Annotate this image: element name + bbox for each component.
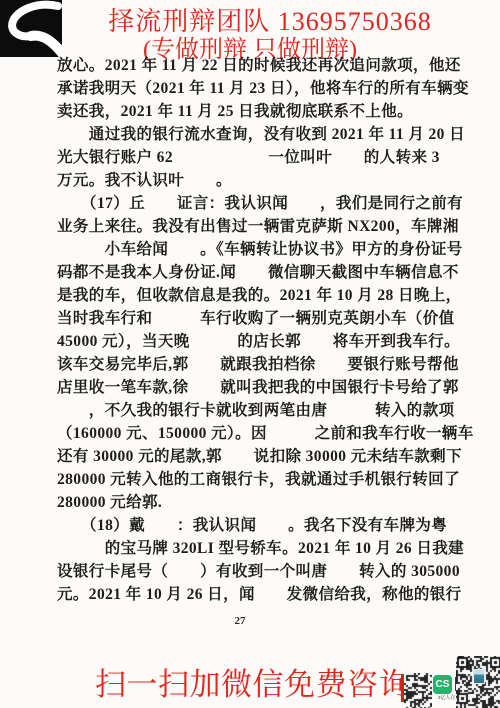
document-line: 设银行卡尾号（ ）有收到一个叫唐 转入的 305000 [57,560,457,583]
document-line: 卖还我，2021 年 11 月 25 日我就彻底联系不上他。 [57,100,457,123]
document-line: 元。2021 年 10 月 26 日，闻 发微信给我，称他的银行 [57,583,457,606]
document-line: 店里收一笔车款,徐 就叫我把我的中国银行卡号给了郭 [57,376,457,399]
document-line: 通过我的银行流水查询，没有收到 2021 年 11 月 20 日 [57,123,457,146]
document-line: 万元。我不认识叶 。 [57,169,457,192]
document-line: 当时我车行和 车行收购了一辆别克英朗小车（价值 [57,307,457,330]
document-line: （18）戴 ：我认识闻 。我名下没有车牌为粤 [57,514,457,537]
document-line: 业务上来往。我没有出售过一辆雷克萨斯 NX200，车牌湘 [57,215,457,238]
document-body: 放心。2021 年 11 月 22 日的时候我还再次追问款项，他还承诺我明天（2… [57,54,457,606]
camscanner-badge-icon: CS [433,675,452,694]
document-line: （17）丘 证言：我认识闻 ，我们是同行之前有 [57,192,457,215]
document-line: 还有 30000 元的尾款,郭 说扣除 30000 元未结车款剩下 [57,445,457,468]
document-line: 光大银行账户 62 一位叫叶 的人转来 3 [57,146,457,169]
document-line: 小车给闻 。《车辆转让协议书》甲方的身份证号 [57,238,457,261]
qr-center-avatar [474,670,484,683]
document-line: ，不久我的银行卡就收到两笔由唐 转入的款项 [57,399,457,422]
document-line: 放心。2021 年 11 月 22 日的时候我还再次追问款项，他还 [57,54,457,77]
scanned-document-page: 择流刑辩团队 13695750368 (专做刑辩 只做刑辩) 放心。2021 年… [0,0,500,708]
document-line: 的宝马牌 320LI 型号轿车。2021 年 10 月 26 日我建 [57,537,457,560]
document-line: 是我的车，但收款信息是我的。2021 年 10 月 28 日晚上， [57,284,457,307]
qr-code-small-icon [404,673,432,708]
document-line: （160000 元、150000 元）。因 之前和我车行收一辆车 [57,422,457,445]
page-number: 27 [0,615,480,627]
document-line: 280000 元给郭. [57,491,457,514]
document-line: 承诺我明天（2021 年 11 月 23 日），他将车行的所有车辆变 [57,77,457,100]
document-line: 该车交易完毕后,郭 就跟我拍档徐 要银行账号帮他 [57,353,457,376]
footer-cta-text: 扫一扫加微信免费咨询 [95,659,410,704]
document-line: 280000 元转入他的工商银行卡，我就通过手机银行转回了 [57,468,457,491]
document-line: 码都不是我本人身份证.闻 微信聊天截图中车辆信息不 [57,261,457,284]
document-line: 45000 元），当天晚 的店长郭 将车开到我车行。 [57,330,457,353]
